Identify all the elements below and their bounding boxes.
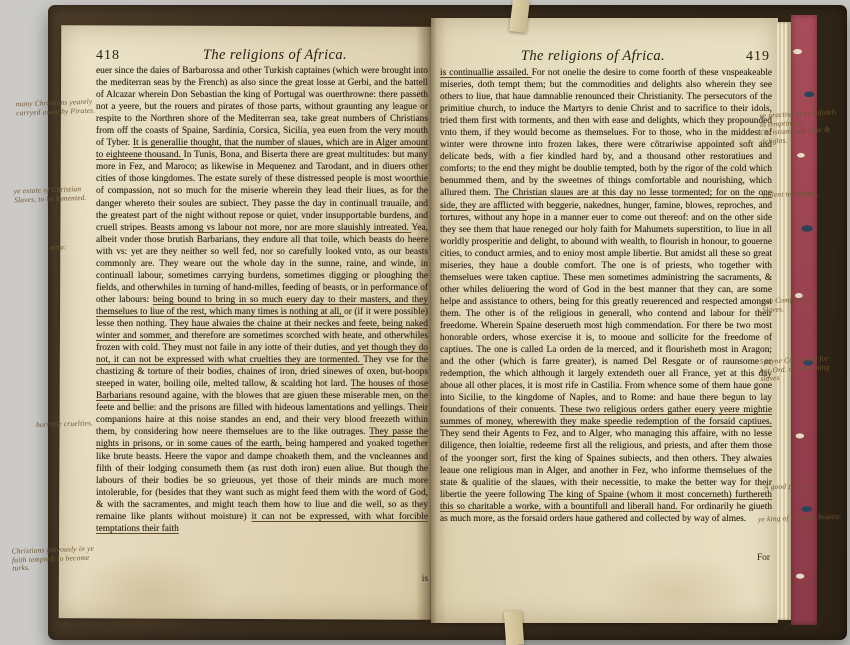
left-running-title: The religions of Africa. xyxy=(120,47,430,64)
left-catchword: is xyxy=(96,574,428,584)
left-page-text: euer since the daies of Barbarossa and o… xyxy=(96,65,428,535)
left-page-header: 418 The religions of Africa. xyxy=(96,47,430,64)
marginal-note: ye practise of ye Infidels in tempting y… xyxy=(759,108,839,146)
marginal-note: two Comforts of Slaves. xyxy=(762,295,835,315)
marginal-note: Spayne Comended for her Ord. of redeemin… xyxy=(759,354,838,384)
book-tie-bottom xyxy=(504,610,524,645)
left-page-number: 418 xyxy=(96,48,120,64)
book-photograph: 418 The religions of Africa. The religio… xyxy=(0,0,850,645)
right-page-number: 419 xyxy=(746,49,770,65)
right-catchword: For xyxy=(440,553,770,563)
marginal-note: nota: xyxy=(50,242,90,252)
marbled-endpaper-edge xyxy=(791,15,817,625)
marginal-note: many Christians yearely carryed away by … xyxy=(16,98,97,118)
marginal-note: Christians grevously in ye faith tempted… xyxy=(12,545,99,574)
right-page-text: is continuallie assailed. For not onelie… xyxy=(440,67,772,525)
marginal-note: ye estate of Christian Slaves, to be lam… xyxy=(14,185,97,205)
right-running-title: The religions of Africa. xyxy=(440,48,746,65)
right-page-header: The religions of Africa. 419 xyxy=(440,48,770,65)
